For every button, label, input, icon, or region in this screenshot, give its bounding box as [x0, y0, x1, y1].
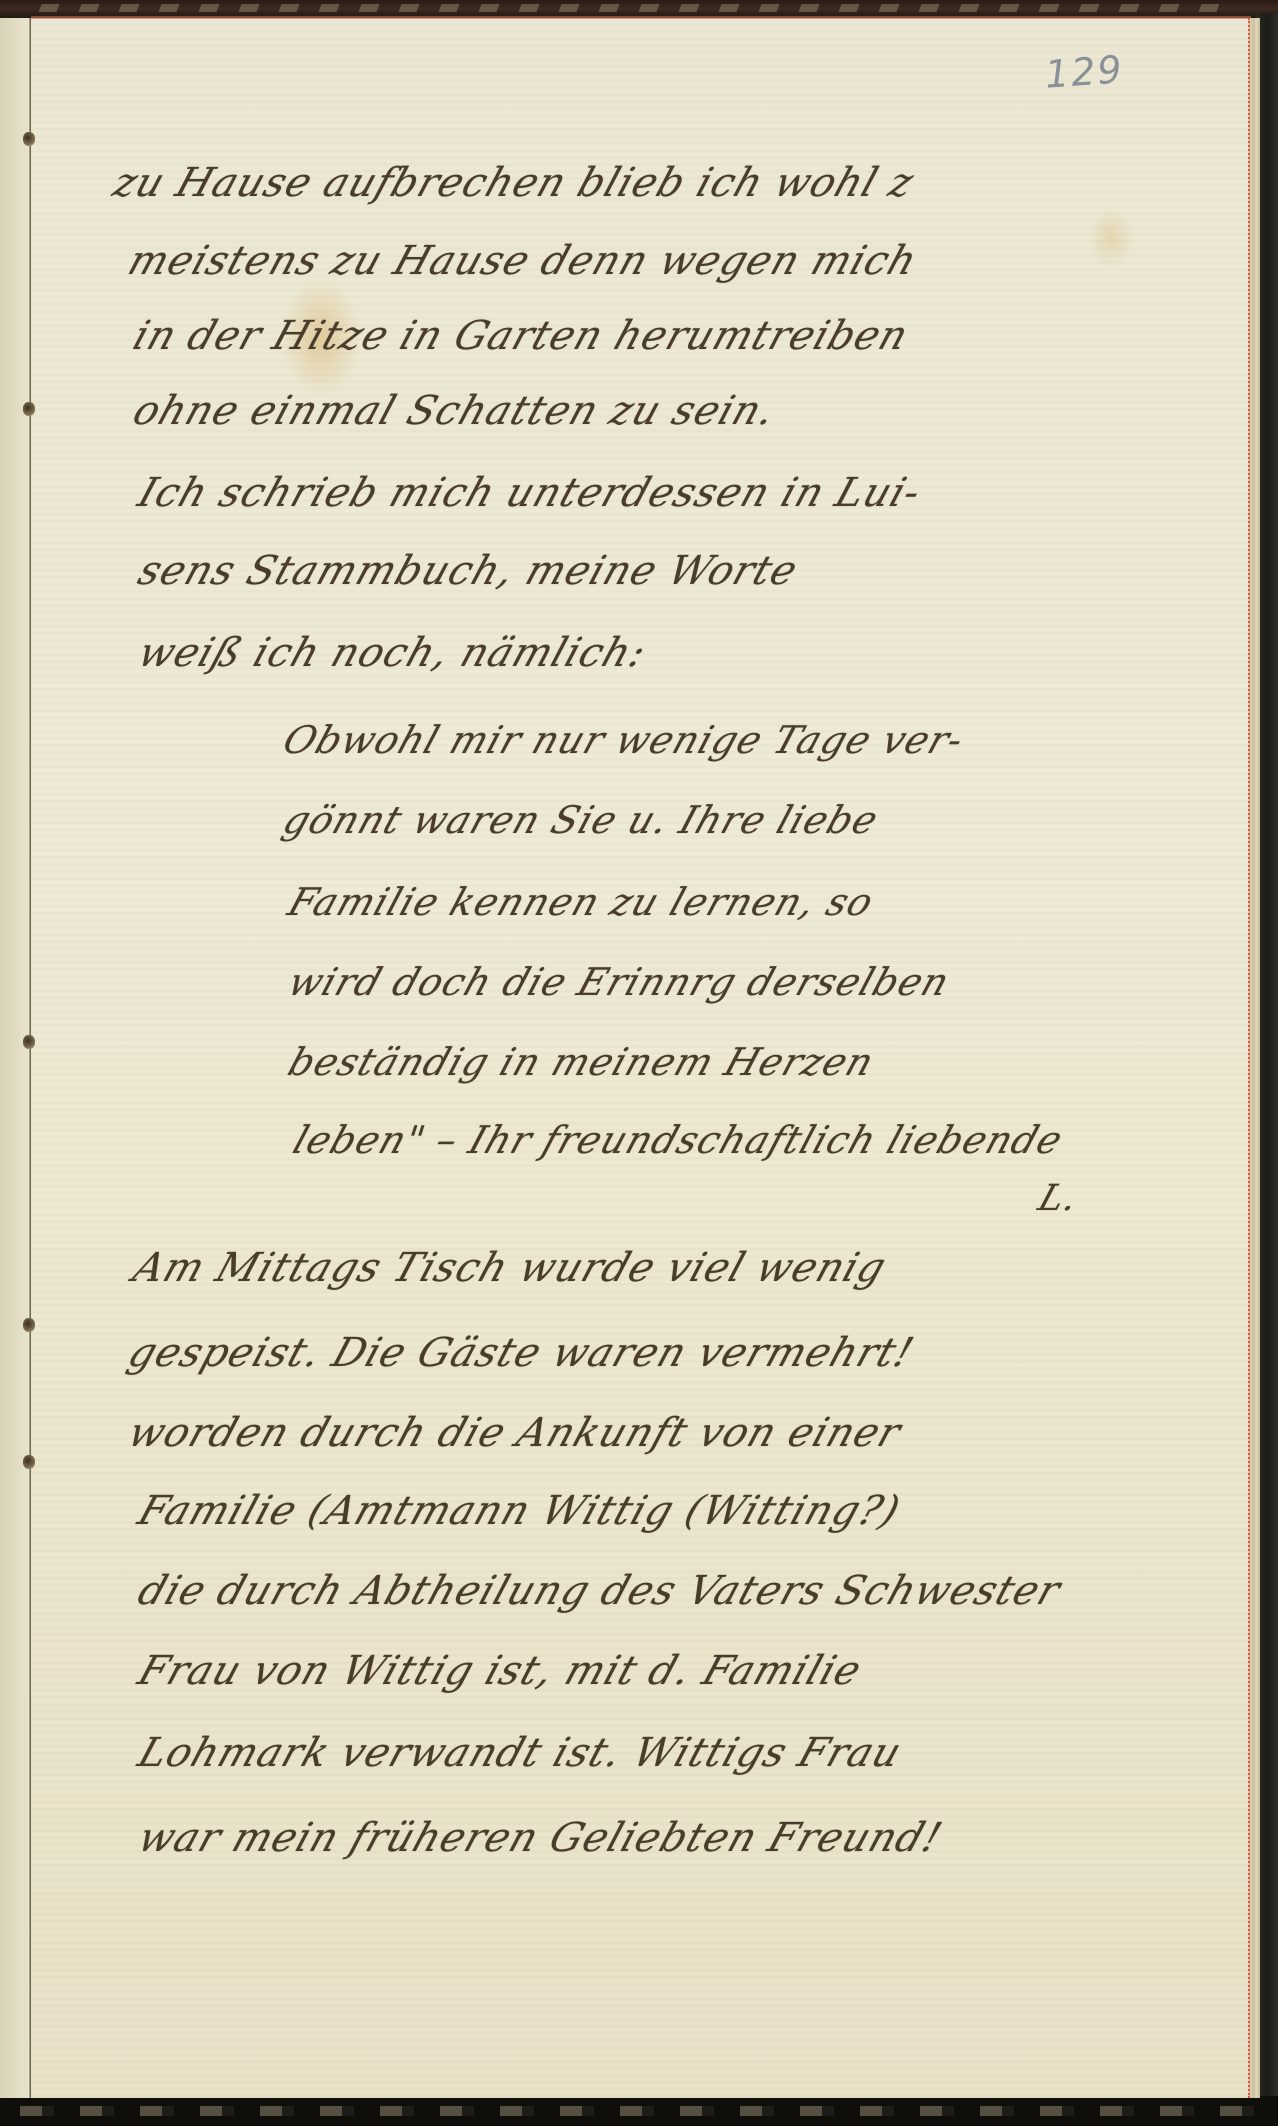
- quote-line: Familie kennen zu lernen, so: [283, 880, 880, 924]
- text-line: Am Mittags Tisch wurde viel wenig: [128, 1245, 893, 1291]
- text-line: sens Stammbuch, meine Worte: [133, 548, 804, 594]
- text-line: Lohmark verwandt ist. Wittigs Frau: [133, 1730, 908, 1776]
- quote-line: leben" – Ihr freundschaftlich liebende: [288, 1118, 1069, 1162]
- signature-initial: L.: [1033, 1178, 1084, 1219]
- text-line: meistens zu Hause denn wegen mich: [123, 238, 924, 284]
- text-line: Frau von Wittig ist, mit d. Familie: [133, 1648, 868, 1694]
- text-line: die durch Abtheilung des Vaters Schweste…: [133, 1568, 1067, 1614]
- text-line: gespeist. Die Gäste waren vermehrt!: [123, 1330, 920, 1376]
- quote-line: wird doch die Erinnrg derselben: [283, 960, 956, 1004]
- text-line: weiß ich noch, nämlich:: [133, 630, 653, 676]
- text-line: worden durch die Ankunft von einer: [123, 1410, 907, 1456]
- text-line: zu Hause aufbrechen blieb ich wohl z: [108, 160, 921, 206]
- manuscript-text: zu Hause aufbrechen blieb ich wohl z mei…: [0, 0, 1278, 2126]
- quote-line: beständig in meinem Herzen: [283, 1040, 880, 1084]
- quote-line: gönnt waren Sie u. Ihre liebe: [278, 798, 884, 842]
- text-line: Ich schrieb mich unterdessen in Lui-: [133, 470, 928, 516]
- text-line: ohne einmal Schatten zu sein.: [128, 388, 782, 434]
- text-line: Familie (Amtmann Wittig (Witting?): [133, 1488, 907, 1534]
- text-line: in der Hitze in Garten herumtreiben: [128, 313, 915, 359]
- quote-line: Obwohl mir nur wenige Tage ver-: [278, 718, 970, 762]
- text-line: war mein früheren Geliebten Freund!: [133, 1815, 949, 1861]
